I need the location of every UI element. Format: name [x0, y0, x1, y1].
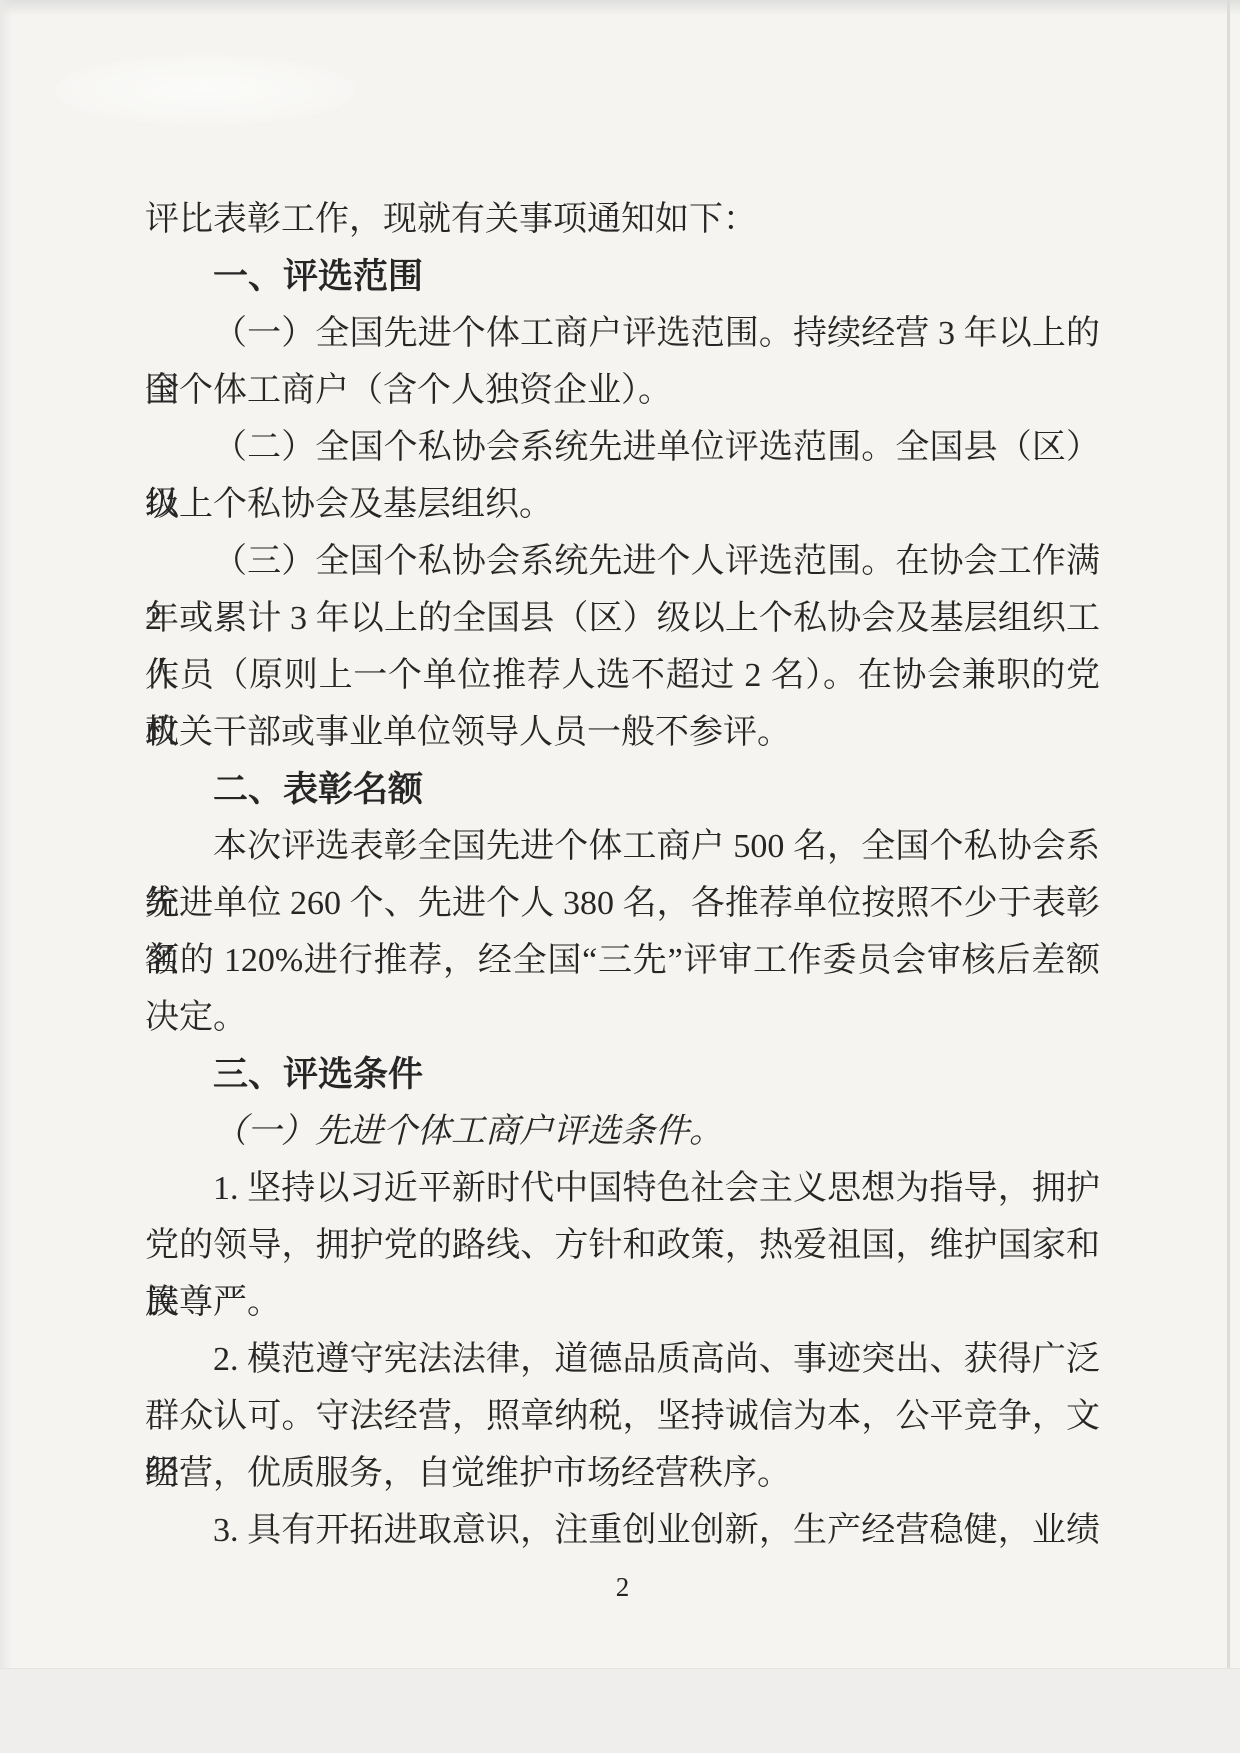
text-line: 评比表彰工作，现就有关事项通知如下：: [145, 191, 1100, 248]
text-line: 1. 坚持以习近平新时代中国特色社会主义思想为指导，拥护: [145, 1160, 1100, 1217]
text-line: 额的 120%进行推荐，经全国“三先”评审工作委员会审核后差额: [145, 932, 1100, 989]
text-line: （三）全国个私协会系统先进个人评选范围。在协会工作满 2: [145, 533, 1100, 590]
text-line: 族尊严。: [145, 1274, 1100, 1331]
text-line: 先进单位 260 个、先进个人 380 名，各推荐单位按照不少于表彰名: [145, 875, 1100, 932]
scan-smudge: [55, 55, 355, 125]
text-line: 经营，优质服务，自觉维护市场经营秩序。: [145, 1445, 1100, 1502]
document-body: 评比表彰工作，现就有关事项通知如下： 一、评选范围 （一）全国先进个体工商户评选…: [145, 191, 1100, 1607]
text-line: 年或累计 3 年以上的全国县（区）级以上个私协会及基层组织工作: [145, 590, 1100, 647]
text-line: 党的领导，拥护党的路线、方针和政策，热爱祖国，维护国家和民: [145, 1217, 1100, 1274]
text-line: 以上个私协会及基层组织。: [145, 476, 1100, 533]
section-heading-3: 三、评选条件: [145, 1046, 1100, 1103]
section-heading-1: 一、评选范围: [145, 248, 1100, 305]
subsection-heading: （一）先进个体工商户评选条件。: [145, 1103, 1100, 1160]
page-number: 2: [145, 1567, 1100, 1607]
text-line: 2. 模范遵守宪法法律，道德品质高尚、事迹突出、获得广泛: [145, 1331, 1100, 1388]
scan-bottom-shading: [0, 1668, 1240, 1753]
text-line: 国个体工商户（含个人独资企业）。: [145, 362, 1100, 419]
text-line: 机关干部或事业单位领导人员一般不参评。: [145, 704, 1100, 761]
scan-top-shading: [0, 0, 1240, 16]
text-line: 人员（原则上一个单位推荐人选不超过 2 名）。在协会兼职的党政: [145, 647, 1100, 704]
section-heading-2: 二、表彰名额: [145, 761, 1100, 818]
text-line: 本次评选表彰全国先进个体工商户 500 名，全国个私协会系统: [145, 818, 1100, 875]
text-line: （一）全国先进个体工商户评选范围。持续经营 3 年以上的全: [145, 305, 1100, 362]
text-line: （二）全国个私协会系统先进单位评选范围。全国县（区）级: [145, 419, 1100, 476]
text-line: 3. 具有开拓进取意识，注重创业创新，生产经营稳健，业绩: [145, 1502, 1100, 1559]
scan-left-shading: [0, 0, 12, 1753]
text-line: 群众认可。守法经营，照章纳税，坚持诚信为本，公平竞争，文明: [145, 1388, 1100, 1445]
scan-right-edge-line: [1227, 0, 1230, 1753]
text-line: 决定。: [145, 989, 1100, 1046]
scanned-document-page: 评比表彰工作，现就有关事项通知如下： 一、评选范围 （一）全国先进个体工商户评选…: [0, 0, 1240, 1753]
